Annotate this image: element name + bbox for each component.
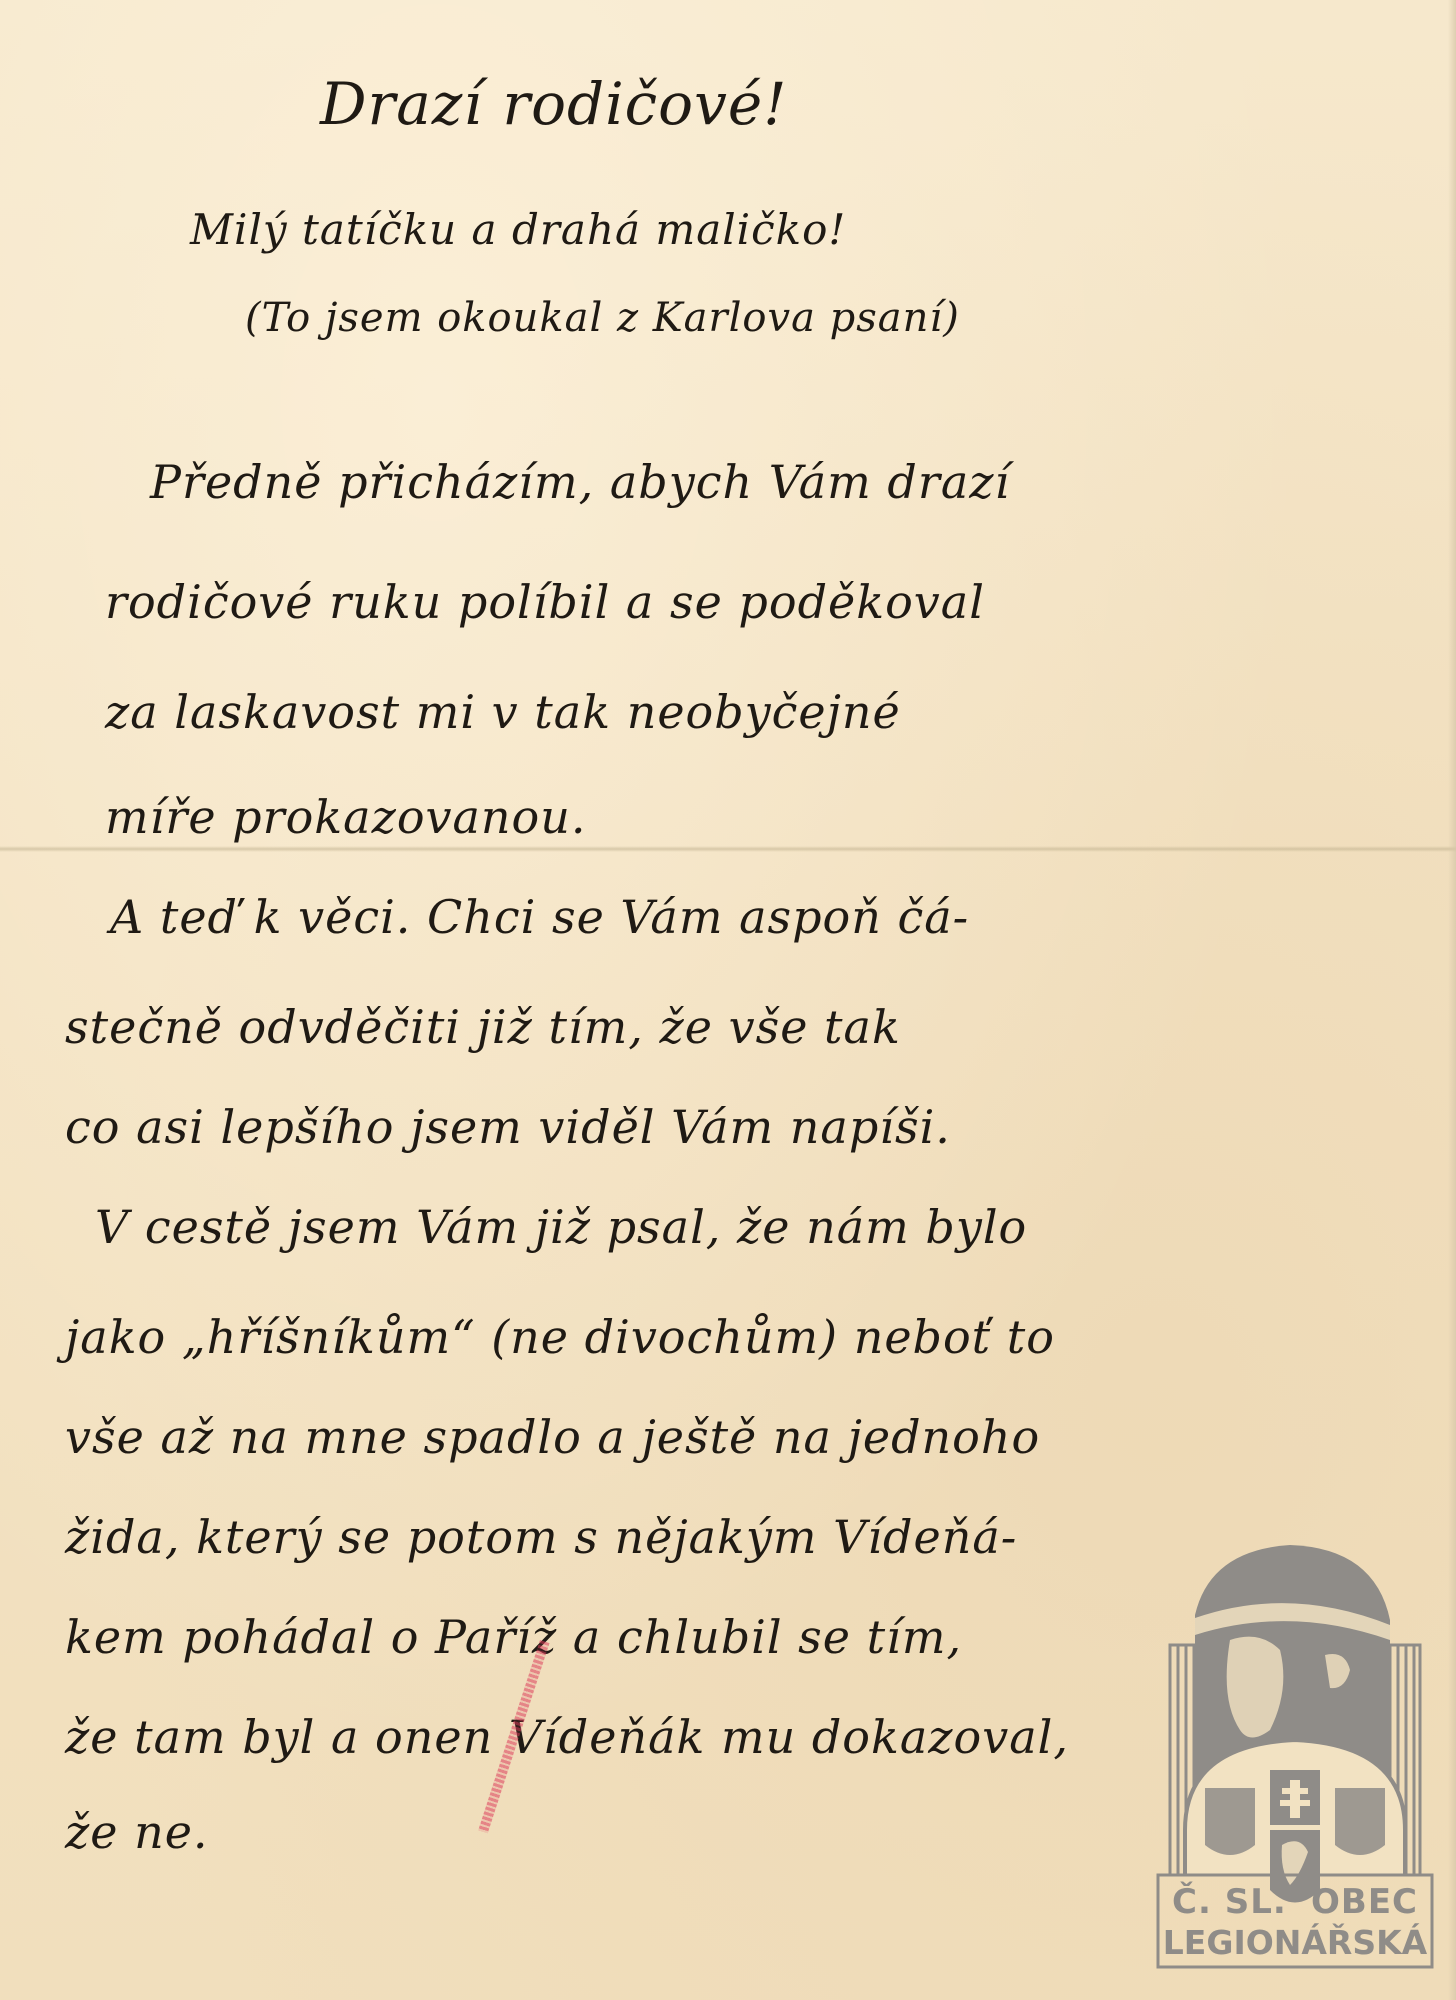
emblem-text-line2: LEGIONÁŘSKÁ <box>1150 1923 1440 1962</box>
paper-fold-crease <box>0 846 1456 852</box>
letter-line: za laskavost mi v tak neobyčejné <box>105 685 901 739</box>
letter-parenthetical-note: (To jsem okoukal z Karlova psaní) <box>245 295 960 341</box>
letter-line: rodičové ruku políbil a se poděkoval <box>105 575 985 629</box>
letter-line: že tam byl a onen Vídeňák mu dokazoval, <box>65 1710 1069 1764</box>
paper-right-edge <box>1448 0 1456 2000</box>
emblem-text-left: Č. SL. <box>1172 1882 1287 1922</box>
letter-line: žida, který se potom s nějakým Vídeňá- <box>65 1510 1017 1564</box>
letter-line: kem pohádal o Paříž a chlubil se tím, <box>65 1610 962 1664</box>
letter-line: že ne. <box>65 1805 209 1859</box>
letter-line: A teď k věci. Chci se Vám aspoň čá- <box>110 890 969 944</box>
letter-line: co asi lepšího jsem viděl Vám napíši. <box>65 1100 951 1154</box>
letter-sub-salutation: Milý tatíčku a drahá maličko! <box>190 205 846 254</box>
letter-line: míře prokazovanou. <box>105 790 587 844</box>
letter-line: jako „hříšníkům“ (ne divochům) neboť to <box>65 1310 1055 1364</box>
letter-line: Předně přicházím, abych Vám drazí <box>150 455 1010 509</box>
letter-line: vše až na mne spadlo a ještě na jednoho <box>65 1410 1040 1464</box>
emblem-text-right: OBEC <box>1311 1882 1418 1922</box>
letter-line: V cestě jsem Vám již psal, že nám bylo <box>95 1200 1027 1254</box>
legionnaire-emblem-watermark: Č. SL. OBEC LEGIONÁŘSKÁ <box>1150 1530 1440 1970</box>
letter-salutation: Drazí rodičové! <box>320 70 787 138</box>
letter-line: stečně odvděčiti již tím, že vše tak <box>65 1000 901 1054</box>
